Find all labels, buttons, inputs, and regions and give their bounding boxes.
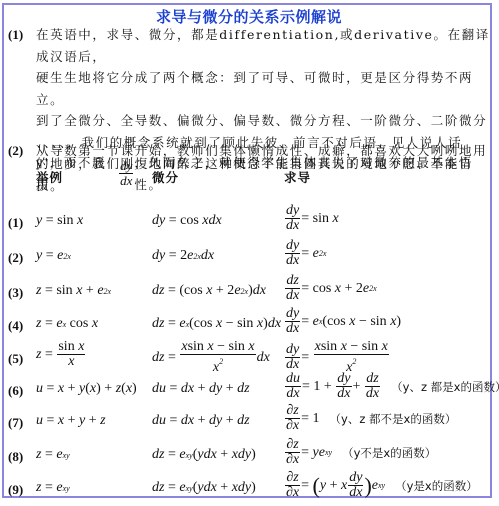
condition-note: （y、z 都是x的函数）: [391, 379, 499, 395]
row-number: (5): [8, 351, 23, 367]
example-formula: z = exy: [36, 480, 70, 496]
row-number: (8): [8, 449, 23, 465]
example-formula: z = exy: [36, 447, 70, 463]
differential-formula: du = dx + dy + dz: [152, 413, 250, 429]
row-number: (4): [8, 318, 23, 334]
row-number: (6): [8, 383, 23, 399]
differential-formula: dz = exy(ydx + xdy): [152, 480, 256, 496]
row-number: (2): [8, 250, 23, 266]
example-formula: u = x + y + z: [36, 413, 106, 429]
row-number: (7): [8, 415, 23, 431]
paragraph-text: ，久而久之，就使得学生集体丧失了对微分的最基本悟性。: [134, 152, 492, 195]
paragraph-line: y'，而不愿用 dy dx ，久而久之，就使得学生集体丧失了对微分的最基本悟性。: [36, 162, 492, 186]
paragraph-2: 从导数第一节课开始，教师们集体懒惰成性、成癖，都喜欢大大咧咧地用 y'，而不愿用…: [36, 140, 492, 186]
header-derivative: 求导: [284, 168, 311, 186]
example-formula: z = sin xx: [36, 340, 86, 369]
fraction-numerator: dy: [119, 159, 133, 174]
row-number: (9): [8, 482, 23, 498]
derivative-formula: dydx= xsin x − sin xx2: [284, 340, 390, 375]
derivative-formula: ∂z∂x= yexy （y不是x的函数）: [284, 438, 436, 467]
derivative-formula: dzdx= cos x + 2e2x: [284, 274, 377, 303]
derivative-formula: dydx= sin x: [284, 204, 339, 233]
condition-note: （y是x的函数）: [395, 478, 478, 494]
header-example: 举例: [36, 168, 63, 186]
condition-note: （y不是x的函数）: [342, 445, 436, 461]
fraction-denominator: dx: [119, 174, 133, 188]
example-formula: y = sin x: [36, 213, 83, 229]
derivative-formula: dydx= e2x: [284, 239, 326, 268]
row-number: (1): [8, 215, 23, 231]
differential-formula: dz = (cos x + 2e2x)dx: [152, 283, 266, 299]
differential-formula: dy = 2e2xdx: [152, 248, 214, 264]
dy-dx-fraction: dy dx: [119, 159, 133, 188]
differential-formula: dy = cos xdx: [152, 213, 222, 229]
differential-formula: du = dx + dy + dz: [152, 381, 250, 397]
derivative-formula: dydx= ex(cos x − sin x): [284, 307, 401, 336]
derivative-formula: dudx= 1 + dydx+ dzdx （y、z 都是x的函数）: [284, 372, 499, 401]
condition-note: （y、z 都不是x的函数）: [330, 411, 457, 427]
example-formula: z = ex cos x: [36, 316, 98, 332]
paragraph-number: (1): [8, 27, 23, 43]
derivative-formula: ∂z∂x= ( y + xdydx)exy （y是x的函数）: [284, 471, 478, 500]
document-frame: 求导与微分的关系示例解说 (1) 在英语中，求导、微分，都是differenti…: [2, 3, 492, 498]
paragraph-line: 在英语中，求导、微分，都是differentiation,或derivative…: [36, 24, 492, 67]
differential-formula: dz = exy(ydx + xdy): [152, 447, 256, 463]
example-formula: u = x + y(x) + z(x): [36, 381, 137, 397]
differential-formula: dz = ex(cos x − sin x)dx: [152, 316, 281, 332]
paragraph-line: 硬生生地将它分成了两个概念：到了可导、可微时，更是区分得势不两立。: [36, 67, 492, 110]
paragraph-line: 到了全微分、全导数、偏微分、偏导数、微分方程、一阶微分、二阶微分: [36, 110, 492, 132]
row-number: (3): [8, 285, 23, 301]
derivative-formula: ∂z∂x= 1 （y、z 都不是x的函数）: [284, 404, 456, 433]
example-formula: z = sin x + e2x: [36, 283, 111, 299]
example-formula: y = e2x: [36, 248, 71, 264]
paragraph-number: (2): [8, 143, 23, 159]
differential-formula: dz = xsin x − sin xx2dx: [152, 340, 270, 375]
header-differential: 微分: [152, 168, 179, 186]
